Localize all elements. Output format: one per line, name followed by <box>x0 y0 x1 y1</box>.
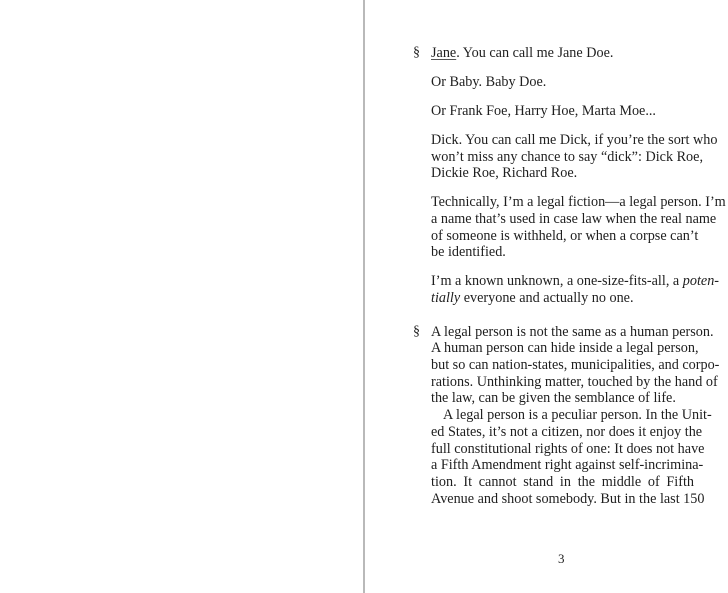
text-line: Or Frank Foe, Harry Hoe, Marta Moe... <box>431 103 694 120</box>
paragraph-peculiar-person: A legal person is a peculiar person. In … <box>431 407 694 507</box>
italic-text: poten- <box>683 273 719 289</box>
text-line: full constitutional rights of one: It do… <box>431 441 694 458</box>
text-line: of someone is withheld, or when a corpse… <box>431 228 694 245</box>
left-page-blank <box>0 0 363 593</box>
right-page: § Jane. You can call me Jane Doe. Or Bab… <box>365 0 728 593</box>
text-line: tion. It cannot stand in the middle of F… <box>431 474 694 491</box>
italic-text: tially <box>431 290 460 306</box>
text-line: but so can nation-states, municipalities… <box>431 357 694 374</box>
text-line: a Fifth Amendment right against self-inc… <box>431 457 694 474</box>
text-line: I’m a known unknown, a one-size-fits-all… <box>431 273 694 290</box>
paragraph-frank-foe: Or Frank Foe, Harry Hoe, Marta Moe... <box>431 103 694 120</box>
text-line: a name that’s used in case law when the … <box>431 211 694 228</box>
text-line: tially everyone and actually no one. <box>431 290 694 307</box>
text-line: Avenue and shoot somebody. But in the la… <box>431 491 694 508</box>
text-line: Dick. You can call me Dick, if you’re th… <box>431 132 694 149</box>
page-number: 3 <box>558 551 565 567</box>
text-line: Or Baby. Baby Doe. <box>431 74 694 91</box>
text-line: the law, can be given the semblance of l… <box>431 390 694 407</box>
section-mark-icon: § <box>413 324 420 341</box>
paragraph-dick-roe: Dick. You can call me Dick, if you’re th… <box>431 132 694 182</box>
paragraph-known-unknown: I’m a known unknown, a one-size-fits-all… <box>431 273 694 306</box>
text-line: be identified. <box>431 244 694 261</box>
jane-link[interactable]: Jane <box>431 45 456 61</box>
paragraph-jane-doe: § Jane. You can call me Jane Doe. <box>431 45 694 62</box>
section-mark-icon: § <box>413 45 420 62</box>
text-line: rations. Unthinking matter, touched by t… <box>431 374 694 391</box>
paragraph-legal-person: § A legal person is not the same as a hu… <box>431 324 694 407</box>
text-line: ed States, it’s not a citizen, nor does … <box>431 424 694 441</box>
text-line: won’t miss any chance to say “dick”: Dic… <box>431 149 694 166</box>
body-text: § Jane. You can call me Jane Doe. Or Bab… <box>431 45 694 507</box>
paragraph-baby-doe: Or Baby. Baby Doe. <box>431 74 694 91</box>
text-line: A legal person is a peculiar person. In … <box>431 407 694 424</box>
text-line: A human person can hide inside a legal p… <box>431 340 694 357</box>
paragraph-legal-fiction: Technically, I’m a legal fiction—a legal… <box>431 194 694 261</box>
text-line: Dickie Roe, Richard Roe. <box>431 165 694 182</box>
text-line: A legal person is not the same as a huma… <box>431 324 694 341</box>
text-line: Technically, I’m a legal fiction—a legal… <box>431 194 694 211</box>
book-spread: § Jane. You can call me Jane Doe. Or Bab… <box>0 0 728 593</box>
text-line: Jane. You can call me Jane Doe. <box>431 45 694 62</box>
